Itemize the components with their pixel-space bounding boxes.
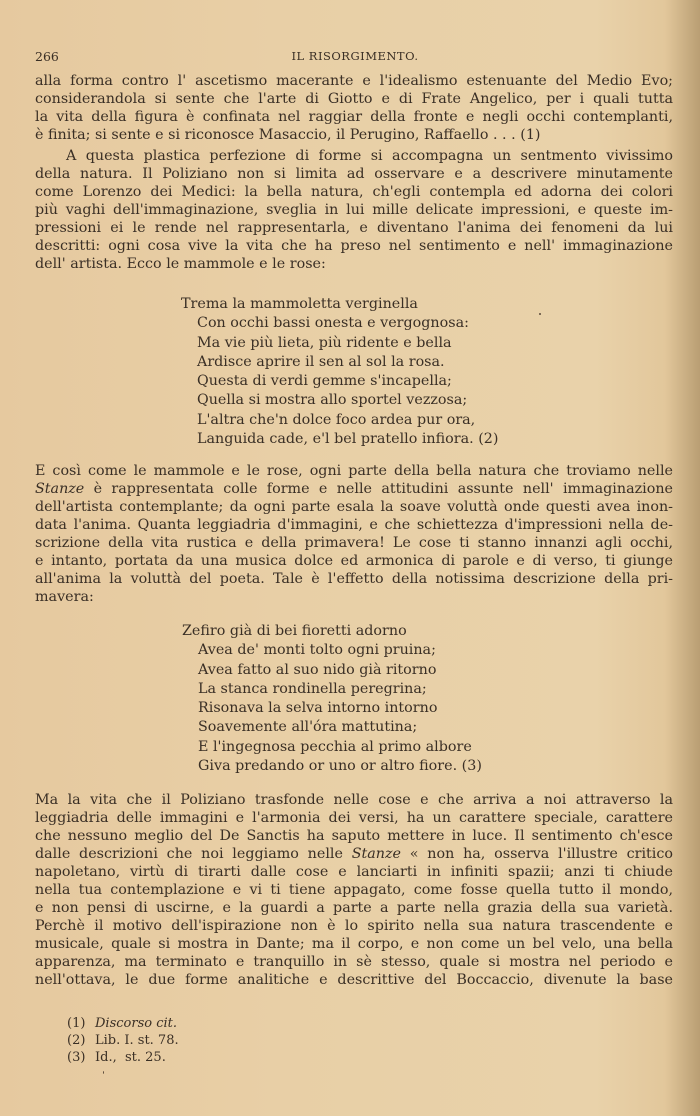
verse-line: Trema la mammoletta verginella bbox=[181, 295, 498, 314]
text-line: nella tua contemplazione e vi ti tiene a… bbox=[35, 881, 673, 899]
text-line: più vaghi dell'immaginazione, sveglia in… bbox=[35, 201, 673, 219]
text-line: considerandola si sente che l'arte di Gi… bbox=[35, 90, 673, 108]
text-line: come Lorenzo dei Medici: la bella natura… bbox=[35, 183, 673, 201]
text-line: mavera: bbox=[35, 588, 673, 606]
scan-speck bbox=[103, 1071, 104, 1074]
verse-line: Avea fatto al suo nido già ritorno bbox=[182, 661, 482, 680]
text-span: dalle descrizioni che noi leggiamo nelle bbox=[35, 846, 352, 862]
verse-quotation-1: Trema la mammoletta verginella Con occhi… bbox=[181, 295, 498, 449]
text-line: apparenza, ma terminato e tranquillo in … bbox=[35, 953, 673, 971]
text-line: dalle descrizioni che noi leggiamo nelle… bbox=[35, 845, 673, 863]
footnote-number: (2) bbox=[67, 1032, 95, 1049]
text-line: data l'anima. Quanta leggiadria d'immagi… bbox=[35, 516, 673, 534]
footnote-2: (2)Lib. I. st. 78. bbox=[67, 1032, 179, 1049]
footnote-text: Id., st. 25. bbox=[95, 1050, 166, 1065]
footnote-3: (3)Id., st. 25. bbox=[67, 1049, 179, 1066]
verse-line: Zefiro già di bei fioretti adorno bbox=[182, 622, 482, 641]
text-span: « non ha, osserva l'illustre critico bbox=[401, 846, 673, 862]
text-line: alla forma contro l' ascetismo macerante… bbox=[35, 72, 673, 90]
text-line: la vita della figura è confinata nel rag… bbox=[35, 108, 673, 126]
footnote-number: (1) bbox=[67, 1015, 95, 1032]
text-line: descritti: ogni cosa vive la vita che ha… bbox=[35, 237, 673, 255]
verse-line: Con occhi bassi onesta e vergognosa: bbox=[181, 314, 498, 333]
scan-speck bbox=[539, 313, 541, 315]
verse-line: Giva predando or uno or altro fiore. (3) bbox=[182, 757, 482, 776]
text-line: napoletano, virtù di tirarti dalle cose … bbox=[35, 863, 673, 881]
verse-line: Ma vie più lieta, più ridente e bella bbox=[181, 334, 498, 353]
footnotes: (1)Discorso cit. (2)Lib. I. st. 78. (3)I… bbox=[67, 1015, 179, 1066]
paragraph-4: Ma la vita che il Poliziano trasfonde ne… bbox=[35, 791, 673, 989]
text-line: musicale, quale si mostra in Dante; ma i… bbox=[35, 935, 673, 953]
text-line: nell'ottava, le due forme analitiche e d… bbox=[35, 971, 673, 989]
paragraph-1: alla forma contro l' ascetismo macerante… bbox=[35, 72, 673, 144]
text-line: della natura. Il Poliziano non si limita… bbox=[35, 165, 673, 183]
text-line: A questa plastica perfezione di forme si… bbox=[35, 147, 673, 165]
paragraph-2: A questa plastica perfezione di forme si… bbox=[35, 147, 673, 273]
verse-line: Risonava la selva intorno intorno bbox=[182, 699, 482, 718]
running-title: IL RISORGIMENTO. bbox=[35, 49, 675, 63]
text-line: Perchè il motivo dell'ispirazione non è … bbox=[35, 917, 673, 935]
verse-line: La stanca rondinella peregrina; bbox=[182, 680, 482, 699]
text-line: leggiadria delle immagini e l'armonia de… bbox=[35, 809, 673, 827]
paragraph-3: E così come le mammole e le rose, ogni p… bbox=[35, 462, 673, 606]
text-line: E così come le mammole e le rose, ogni p… bbox=[35, 462, 673, 480]
verse-line: Questa di verdi gemme s'incapella; bbox=[181, 372, 498, 391]
verse-line: L'altra che'n dolce foco ardea pur ora, bbox=[181, 411, 498, 430]
verse-quotation-2: Zefiro già di bei fioretti adorno Avea d… bbox=[182, 622, 482, 776]
text-line: dell'artista contemplante; da ogni parte… bbox=[35, 498, 673, 516]
text-line: Ma la vita che il Poliziano trasfonde ne… bbox=[35, 791, 673, 809]
book-page: 266 IL RISORGIMENTO. alla forma contro l… bbox=[0, 0, 700, 1116]
footnote-text: Discorso cit. bbox=[95, 1016, 177, 1031]
italic-title-stanze: Stanze bbox=[35, 481, 84, 497]
footnote-1: (1)Discorso cit. bbox=[67, 1015, 179, 1032]
text-span: è rappresentata colle forme e nelle atti… bbox=[84, 481, 673, 497]
verse-line: Ardisce aprire il sen al sol la rosa. bbox=[181, 353, 498, 372]
text-line: è finita; si sente e si riconosce Masacc… bbox=[35, 126, 673, 144]
verse-line: Languida cade, e'l bel pratello infiora.… bbox=[181, 430, 498, 449]
text-line: all'anima la voluttà del poeta. Tale è l… bbox=[35, 570, 673, 588]
text-line: scrizione della vita rustica e della pri… bbox=[35, 534, 673, 552]
text-line: dell' artista. Ecco le mammole e le rose… bbox=[35, 255, 673, 273]
verse-line: Soavemente all'óra mattutina; bbox=[182, 718, 482, 737]
italic-title-stanze: Stanze bbox=[352, 846, 401, 862]
verse-line: Avea de' monti tolto ogni pruina; bbox=[182, 641, 482, 660]
text-line: e intanto, portata da una musica dolce e… bbox=[35, 552, 673, 570]
footnote-text: Lib. I. st. 78. bbox=[95, 1033, 179, 1048]
text-line: pressioni ei le rende nel rappresentarla… bbox=[35, 219, 673, 237]
text-line: e non pensi di uscirne, e la guardi a pa… bbox=[35, 899, 673, 917]
text-line: che nessuno meglio del De Sanctis ha sap… bbox=[35, 827, 673, 845]
footnote-number: (3) bbox=[67, 1049, 95, 1066]
verse-line: E l'ingegnosa pecchia al primo albore bbox=[182, 738, 482, 757]
page-header: 266 IL RISORGIMENTO. bbox=[35, 49, 675, 69]
verse-line: Quella si mostra allo sportel vezzosa; bbox=[181, 391, 498, 410]
text-line: Stanze è rappresentata colle forme e nel… bbox=[35, 480, 673, 498]
